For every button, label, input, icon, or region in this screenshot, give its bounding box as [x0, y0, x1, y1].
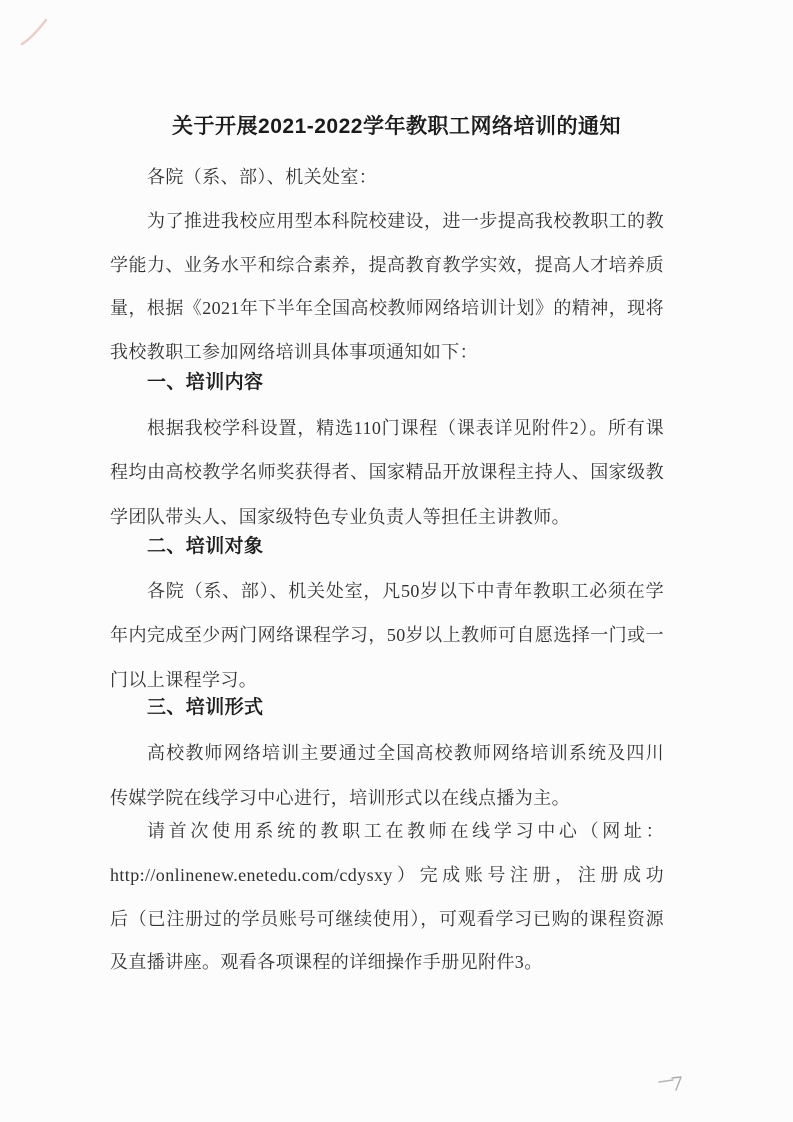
section2-line-1: 各院（系、部）、机关处室，凡50岁以下中青年教职工必须在学: [110, 578, 664, 604]
section3-para2-line-2: http://onlinenew.enetedu.com/cdysxy）完成账号…: [110, 862, 664, 888]
section2-line-2: 年内完成至少两门网络课程学习，50岁以上教师可自愿选择一门或一: [110, 622, 664, 648]
section1-line-2: 程均由高校教学名师奖获得者、国家精品开放课程主持人、国家级教: [110, 459, 664, 485]
section3-para1-line-2: 传媒学院在线学习中心进行，培训形式以在线点播为主。: [110, 785, 664, 811]
intro-line-2: 学能力、业务水平和综合素养，提高教育教学实效，提高人才培养质: [110, 252, 664, 278]
section2-line-3: 门以上课程学习。: [110, 667, 664, 693]
section3-para2-line-4: 及直播讲座。观看各项课程的详细操作手册见附件3。: [110, 949, 664, 975]
red-pen-mark-icon: [18, 12, 54, 52]
pencil-mark-icon: [656, 1070, 696, 1096]
salutation: 各院（系、部）、机关处室：: [110, 164, 664, 190]
page-title: 关于开展2021-2022学年教职工网络培训的通知: [0, 110, 793, 140]
section1-heading: 一、培训内容: [110, 370, 664, 396]
intro-line-1: 为了推进我校应用型本科院校建设，进一步提高我校教职工的教: [110, 208, 664, 234]
intro-line-3: 量，根据《2021年下半年全国高校教师网络培训计划》的精神，现将: [110, 295, 664, 321]
section2-heading: 二、培训对象: [110, 534, 664, 560]
scanned-notice-page: 关于开展2021-2022学年教职工网络培训的通知 各院（系、部）、机关处室： …: [0, 0, 793, 1122]
section3-para2-line-1: 请首次使用系统的教职工在教师在线学习中心（网址：: [110, 818, 664, 844]
section3-heading: 三、培训形式: [110, 695, 664, 721]
section1-line-1: 根据我校学科设置，精选110门课程（课表详见附件2）。所有课: [110, 415, 664, 441]
section3-para2-line-3: 后（已注册过的学员账号可继续使用），可观看学习已购的课程资源: [110, 906, 664, 932]
section3-para1-line-1: 高校教师网络培训主要通过全国高校教师网络培训系统及四川: [110, 740, 664, 766]
intro-line-4: 我校教职工参加网络培训具体事项通知如下：: [110, 339, 664, 365]
section1-line-3: 学团队带头人、国家级特色专业负责人等担任主讲教师。: [110, 504, 664, 530]
